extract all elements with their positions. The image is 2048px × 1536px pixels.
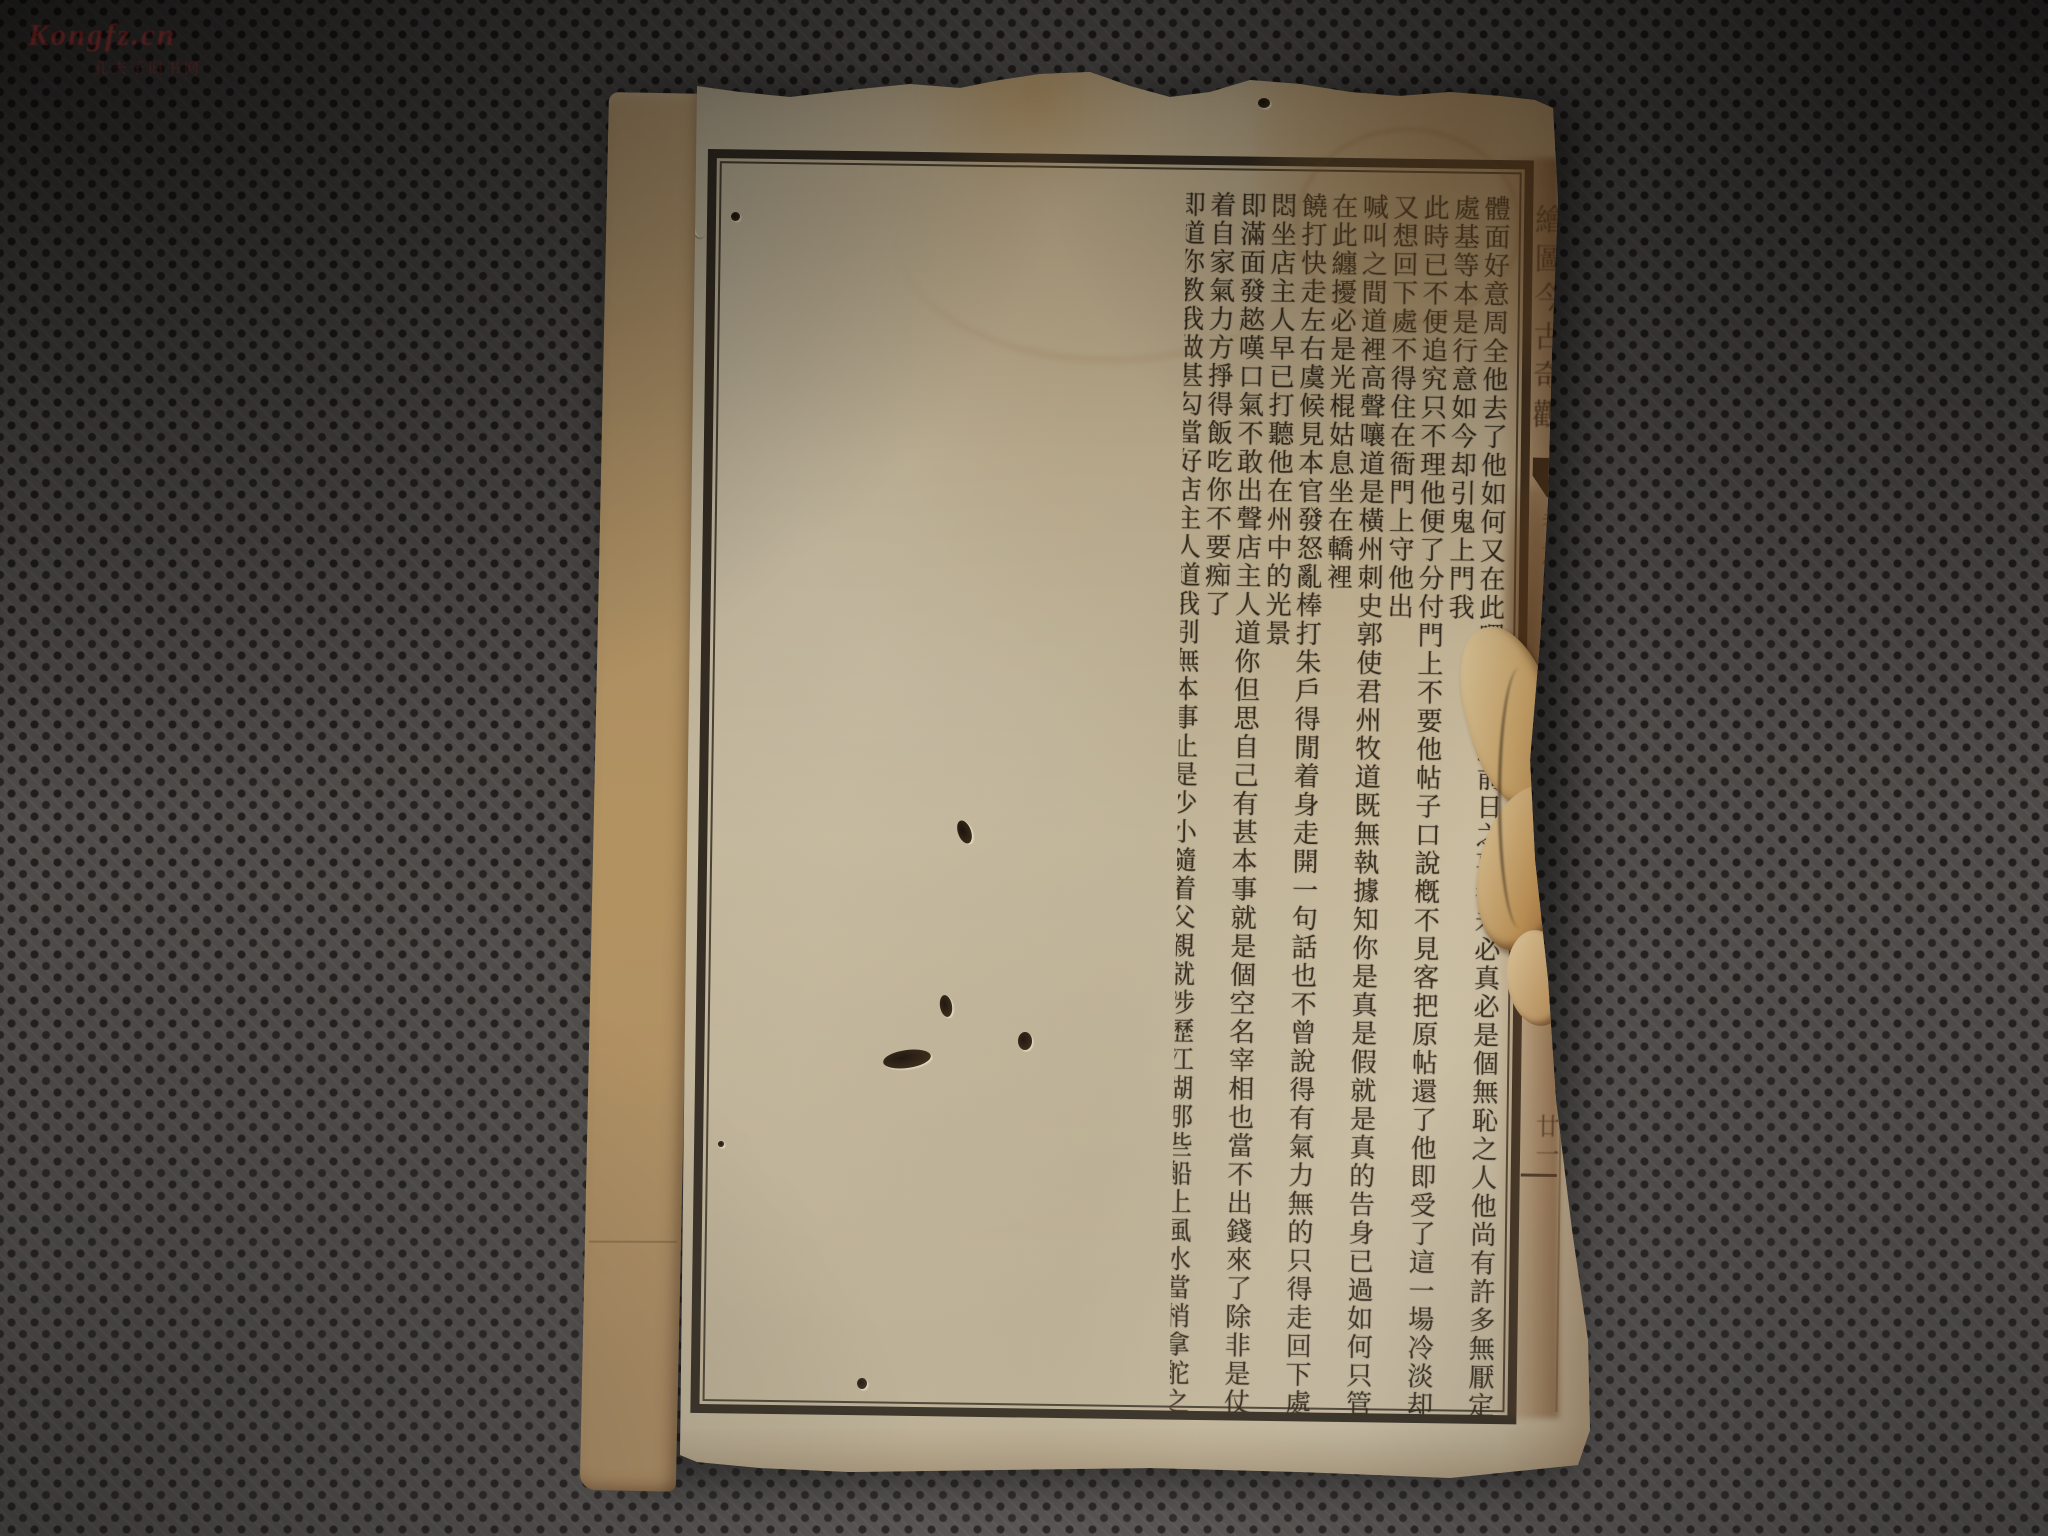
watermark-brand-cn: 孔夫子旧书网 <box>94 52 202 86</box>
printed-frame: 體面好意周全他去了他如何又在此囉唣或者連前日之事都未必真必是個無恥之人他尚有許多… <box>690 149 1534 1424</box>
book: 體面好意周全他去了他如何又在此囉唣或者連前日之事都未必真必是個無恥之人他尚有許多… <box>595 68 1600 1498</box>
worm-hole <box>731 212 740 221</box>
worm-hole <box>857 1378 867 1389</box>
worm-hole <box>1018 1032 1032 1050</box>
photo-background: Kongfz.cn 孔夫子旧书网 體面好意周全他去了他如何又在此囉唣或者連前日之… <box>0 0 2048 1536</box>
worm-hole <box>718 1141 724 1147</box>
banxin-rule <box>1521 1173 1557 1177</box>
watermark-brand: Kongfz.cn <box>28 17 176 52</box>
worm-hole <box>1258 98 1270 108</box>
kongfz-watermark: Kongfz.cn 孔夫子旧书网 <box>28 18 202 86</box>
book-page: 體面好意周全他去了他如何又在此囉唣或者連前日之事都未必真必是個無恥之人他尚有許多… <box>595 68 1600 1498</box>
text-block: 體面好意周全他去了他如何又在此囉唣或者連前日之事都未必真必是個無恥之人他尚有許多… <box>1169 191 1510 1423</box>
